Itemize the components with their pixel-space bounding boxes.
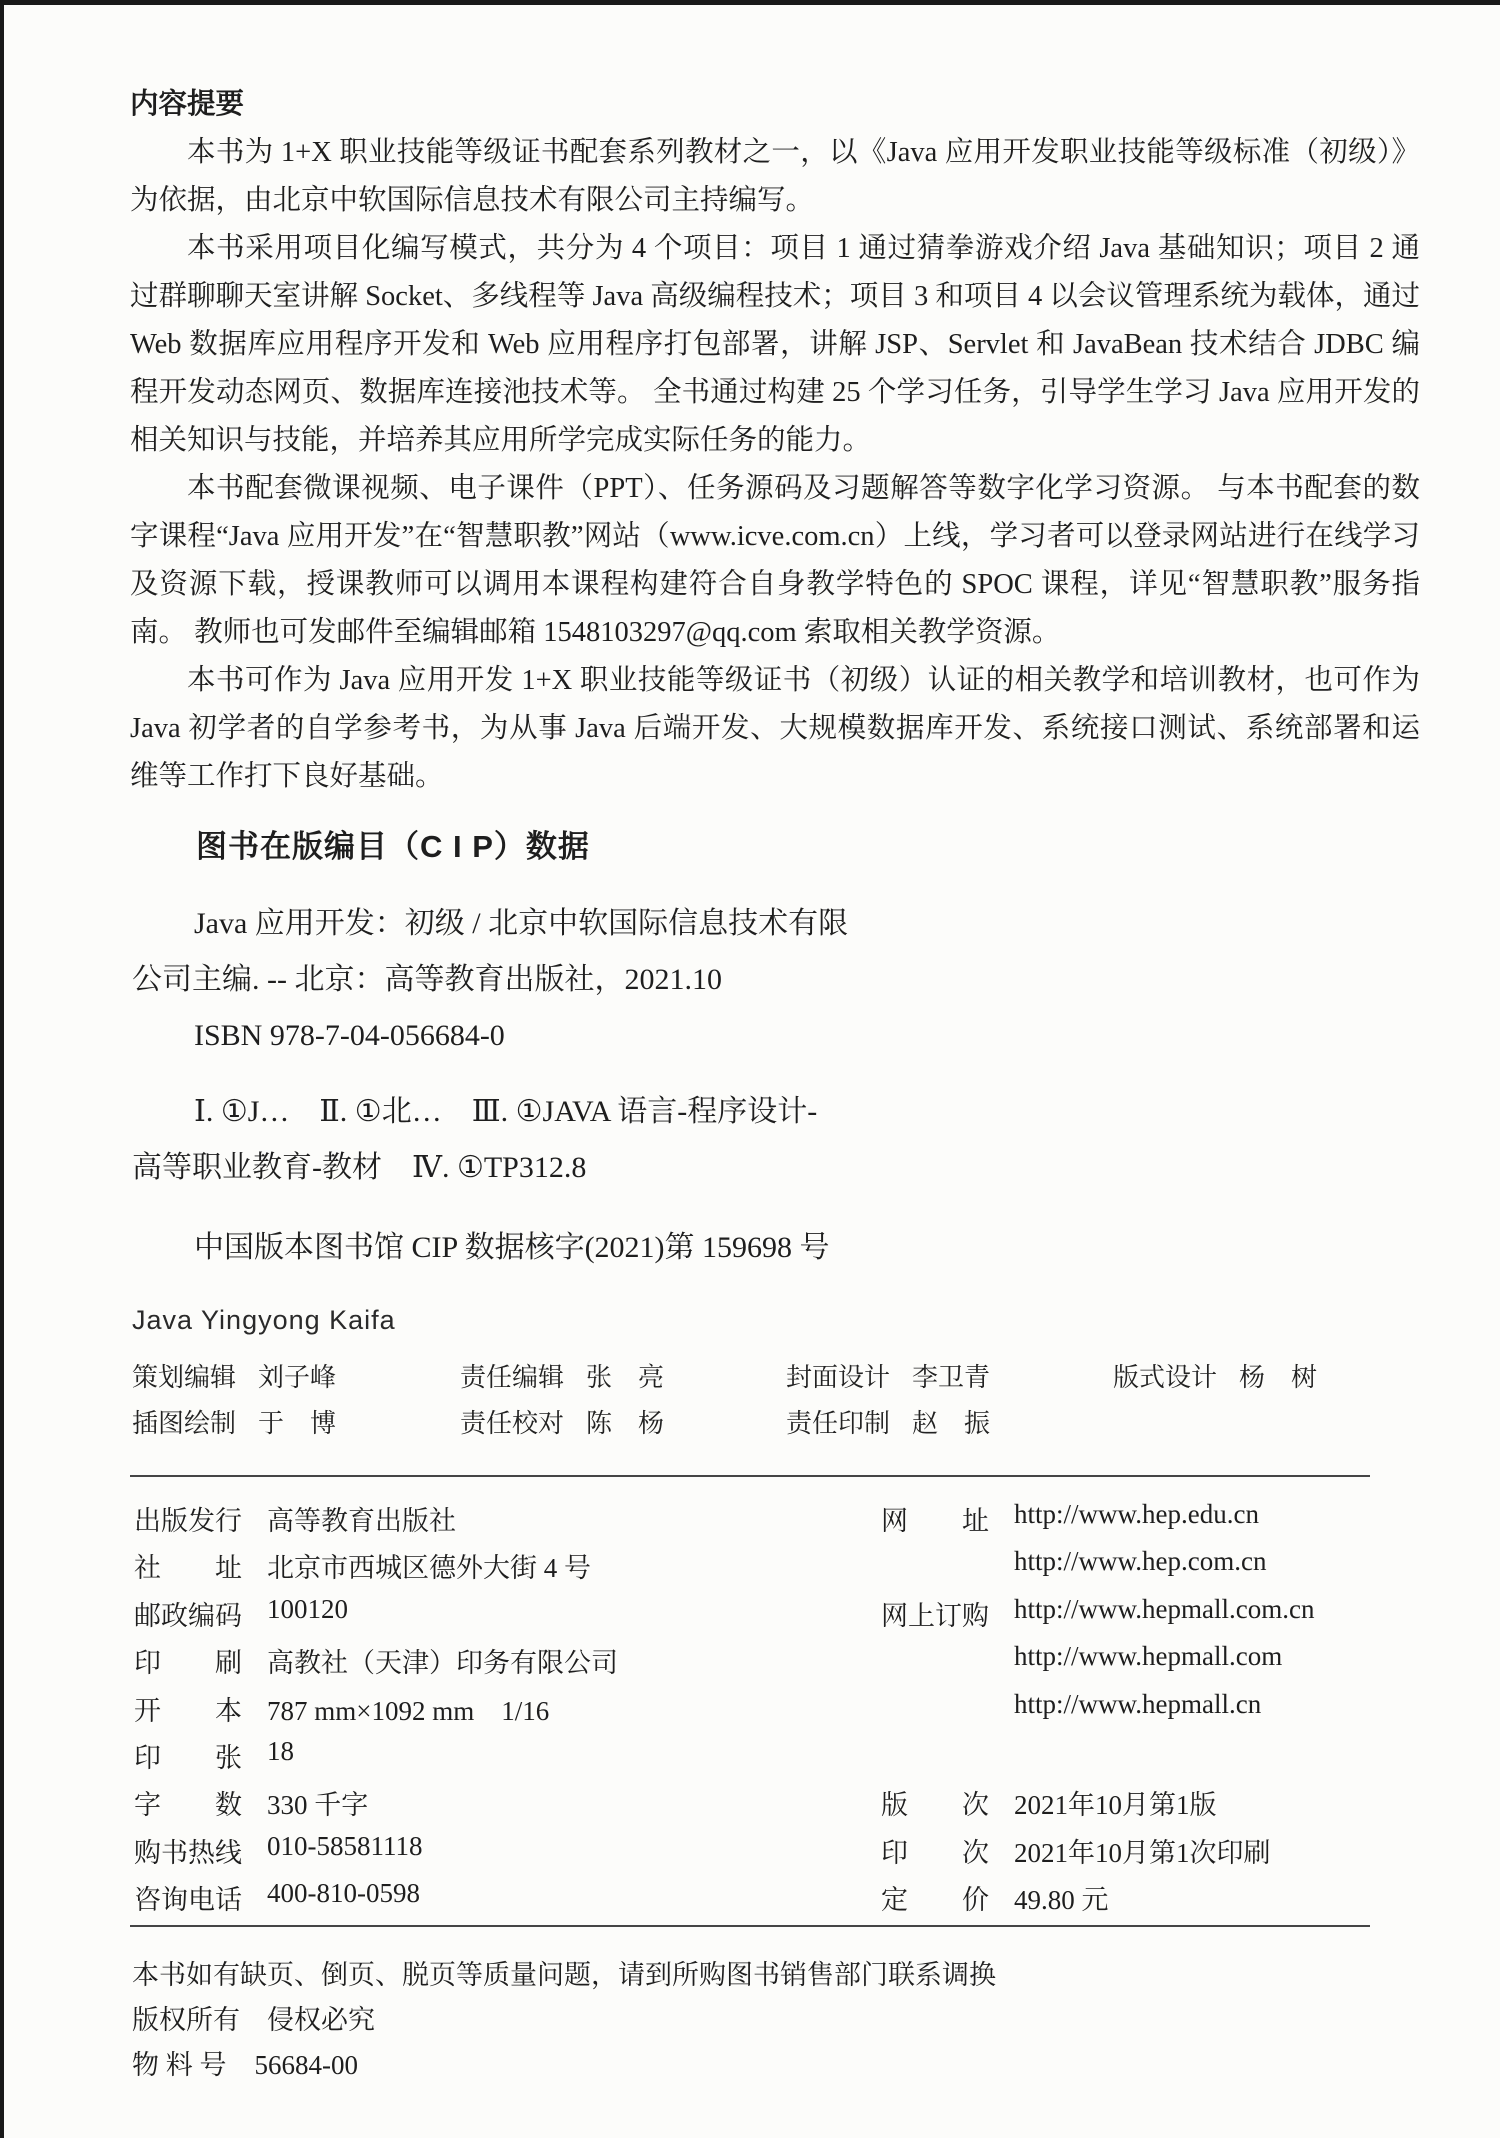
- pub-row-enquiry: 咨询电话400-810-0598: [134, 1878, 618, 1925]
- credit-name: 赵 振: [912, 1409, 990, 1438]
- cip-heading: 图书在版编目（C I P）数据: [196, 821, 1092, 866]
- pub-row-sheets: 印 张18: [134, 1736, 618, 1783]
- pub-label: 版 次: [881, 1783, 989, 1822]
- cip-section: 图书在版编目（C I P）数据 Java 应用开发：初级 / 北京中软国际信息技…: [132, 821, 1092, 1276]
- credit-label: 责任印制: [786, 1409, 890, 1438]
- material-label: 物 料 号: [132, 2050, 227, 2080]
- cip-record-group: Java 应用开发：初级 / 北京中软国际信息技术有限 公司主编. -- 北京：…: [132, 896, 1092, 1064]
- pub-value: http://www.hepmall.com: [1014, 1641, 1282, 1672]
- material-number-row: 物 料 号56684-00: [132, 2043, 996, 2088]
- pub-value: http://www.hepmall.com.cn: [1014, 1594, 1314, 1625]
- cip-classification-line-2: 高等职业教育-教材 Ⅳ. ①TP312.8: [132, 1140, 1092, 1196]
- copyright-notice: 版权所有 侵权必究: [132, 1998, 996, 2043]
- cip-classification-group: Ⅰ. ①J… Ⅱ. ①北… Ⅲ. ①JAVA 语言-程序设计- 高等职业教育-教…: [132, 1084, 1092, 1196]
- credit-name: 于 博: [258, 1409, 336, 1438]
- pub-row-online-order-2: http://www.hepmall.com: [881, 1641, 1314, 1688]
- credit-name: 陈 杨: [586, 1409, 664, 1438]
- divider-rule-bottom: [130, 1925, 1370, 1927]
- pub-row-online-order-3: http://www.hepmall.cn: [881, 1689, 1314, 1736]
- credit-label: 策划编辑: [132, 1363, 236, 1392]
- cip-record-line-2: 公司主编. -- 北京：高等教育出版社，2021.10: [132, 952, 1092, 1008]
- credit-item: 策划编辑刘子峰: [132, 1357, 336, 1394]
- credit-item: 责任印制赵 振: [786, 1403, 990, 1440]
- pub-row-impression: 印 次2021年10月第1次印刷: [881, 1831, 1314, 1878]
- pub-value: 100120: [267, 1594, 348, 1625]
- cip-record-line-1: Java 应用开发：初级 / 北京中软国际信息技术有限: [132, 896, 1092, 952]
- credit-item: 版式设计杨 树: [1113, 1357, 1317, 1394]
- pub-label: 印 张: [134, 1736, 242, 1775]
- summary-paragraph-1: 本书为 1+X 职业技能等级证书配套系列教材之一，以《Java 应用开发职业技能…: [130, 129, 1420, 225]
- pub-label: 邮政编码: [134, 1594, 242, 1633]
- credit-name: 杨 树: [1239, 1363, 1317, 1392]
- credit-label: 封面设计: [786, 1363, 890, 1392]
- credit-item: 责任校对陈 杨: [460, 1403, 664, 1440]
- pub-value: 010-58581118: [267, 1831, 423, 1862]
- pub-value: 787 mm×1092 mm 1/16: [267, 1689, 549, 1728]
- book-copyright-page: 内容提要 本书为 1+X 职业技能等级证书配套系列教材之一，以《Java 应用开…: [0, 0, 1500, 2138]
- pub-row-edition: 版 次2021年10月第1版: [881, 1783, 1314, 1830]
- pub-row-format: 开 本787 mm×1092 mm 1/16: [134, 1689, 618, 1736]
- pub-value: 2021年10月第1次印刷: [1014, 1831, 1271, 1870]
- footer-section: 本书如有缺页、倒页、脱页等质量问题，请到所购图书销售部门联系调换 版权所有 侵权…: [132, 1953, 996, 2088]
- pub-value: 49.80 元: [1014, 1878, 1109, 1917]
- pub-value: 400-810-0598: [267, 1878, 420, 1909]
- content-summary-section: 内容提要 本书为 1+X 职业技能等级证书配套系列教材之一，以《Java 应用开…: [130, 81, 1420, 801]
- pub-value: 2021年10月第1版: [1014, 1783, 1217, 1822]
- pub-label: 咨询电话: [134, 1878, 242, 1917]
- credit-name: 张 亮: [586, 1363, 664, 1392]
- pub-value: http://www.hep.com.cn: [1014, 1546, 1266, 1577]
- credit-label: 版式设计: [1113, 1363, 1217, 1392]
- pub-row-website: 网 址http://www.hep.edu.cn: [881, 1499, 1314, 1546]
- credit-label: 责任校对: [460, 1409, 564, 1438]
- summary-paragraph-4: 本书可作为 Java 应用开发 1+X 职业技能等级证书（初级）认证的相关教学和…: [130, 657, 1420, 801]
- pub-value: 高等教育出版社: [267, 1499, 456, 1538]
- pub-value: http://www.hepmall.cn: [1014, 1689, 1261, 1720]
- credits-row-2: 插图绘制于 博 责任校对陈 杨 责任印制赵 振: [132, 1403, 1472, 1449]
- pub-row-wordcount: 字 数330 千字: [134, 1783, 618, 1830]
- pub-value: 高教社（天津）印务有限公司: [267, 1641, 618, 1680]
- divider-rule-top: [130, 1475, 1370, 1477]
- quality-notice: 本书如有缺页、倒页、脱页等质量问题，请到所购图书销售部门联系调换: [132, 1953, 996, 1998]
- pub-label: 定 价: [881, 1878, 989, 1917]
- pub-row-price: 定 价49.80 元: [881, 1878, 1314, 1925]
- pub-label: 网 址: [881, 1499, 989, 1538]
- pub-value: 330 千字: [267, 1783, 368, 1822]
- pub-label: 出版发行: [134, 1499, 242, 1538]
- credit-name: 刘子峰: [258, 1363, 336, 1392]
- cip-classification-line-1: Ⅰ. ①J… Ⅱ. ①北… Ⅲ. ①JAVA 语言-程序设计-: [132, 1084, 1092, 1140]
- pub-label: 开 本: [134, 1689, 242, 1728]
- summary-paragraph-2: 本书采用项目化编写模式，共分为 4 个项目：项目 1 通过猜拳游戏介绍 Java…: [130, 225, 1420, 465]
- pub-row-address: 社 址北京市西城区德外大街 4 号: [134, 1546, 618, 1593]
- pub-value: 18: [267, 1736, 294, 1767]
- pub-row-printer: 印 刷高教社（天津）印务有限公司: [134, 1641, 618, 1688]
- cip-registry-line: 中国版本图书馆 CIP 数据核字(2021)第 159698 号: [132, 1220, 1092, 1276]
- pub-value: http://www.hep.edu.cn: [1014, 1499, 1259, 1530]
- material-number: 56684-00: [255, 2050, 359, 2080]
- credits-section: 策划编辑刘子峰 责任编辑张 亮 封面设计李卫青 版式设计杨 树 插图绘制于 博 …: [132, 1357, 1472, 1449]
- pub-label: 购书热线: [134, 1831, 242, 1870]
- pub-label: 网上订购: [881, 1594, 989, 1633]
- credit-item: 插图绘制于 博: [132, 1403, 336, 1440]
- summary-heading: 内容提要: [130, 81, 1420, 129]
- credit-item: 责任编辑张 亮: [460, 1357, 664, 1394]
- pub-label: 印 次: [881, 1831, 989, 1870]
- pub-value: 北京市西城区德外大街 4 号: [267, 1546, 591, 1585]
- credit-label: 插图绘制: [132, 1409, 236, 1438]
- pub-label: 字 数: [134, 1783, 242, 1822]
- pub-label: 社 址: [134, 1546, 242, 1585]
- pinyin-title: Java Yingyong Kaifa: [132, 1305, 396, 1336]
- pub-row-website-2: http://www.hep.com.cn: [881, 1546, 1314, 1593]
- credit-label: 责任编辑: [460, 1363, 564, 1392]
- pub-row-spacer: [881, 1736, 1314, 1783]
- publication-info-right: 网 址http://www.hep.edu.cn http://www.hep.…: [881, 1499, 1314, 1926]
- credit-item: 封面设计李卫青: [786, 1357, 990, 1394]
- pub-row-online-order: 网上订购http://www.hepmall.com.cn: [881, 1594, 1314, 1641]
- pub-row-postcode: 邮政编码100120: [134, 1594, 618, 1641]
- publication-info-left: 出版发行高等教育出版社 社 址北京市西城区德外大街 4 号 邮政编码100120…: [134, 1499, 618, 1926]
- pub-row-hotline: 购书热线010-58581118: [134, 1831, 618, 1878]
- pub-row-publisher: 出版发行高等教育出版社: [134, 1499, 618, 1546]
- pub-label: 印 刷: [134, 1641, 242, 1680]
- cip-isbn-line: ISBN 978-7-04-056684-0: [132, 1008, 1092, 1064]
- credits-row-1: 策划编辑刘子峰 责任编辑张 亮 封面设计李卫青 版式设计杨 树: [132, 1357, 1472, 1403]
- summary-paragraph-3: 本书配套微课视频、电子课件（PPT）、任务源码及习题解答等数字化学习资源。 与本…: [130, 465, 1420, 657]
- credit-name: 李卫青: [912, 1363, 990, 1392]
